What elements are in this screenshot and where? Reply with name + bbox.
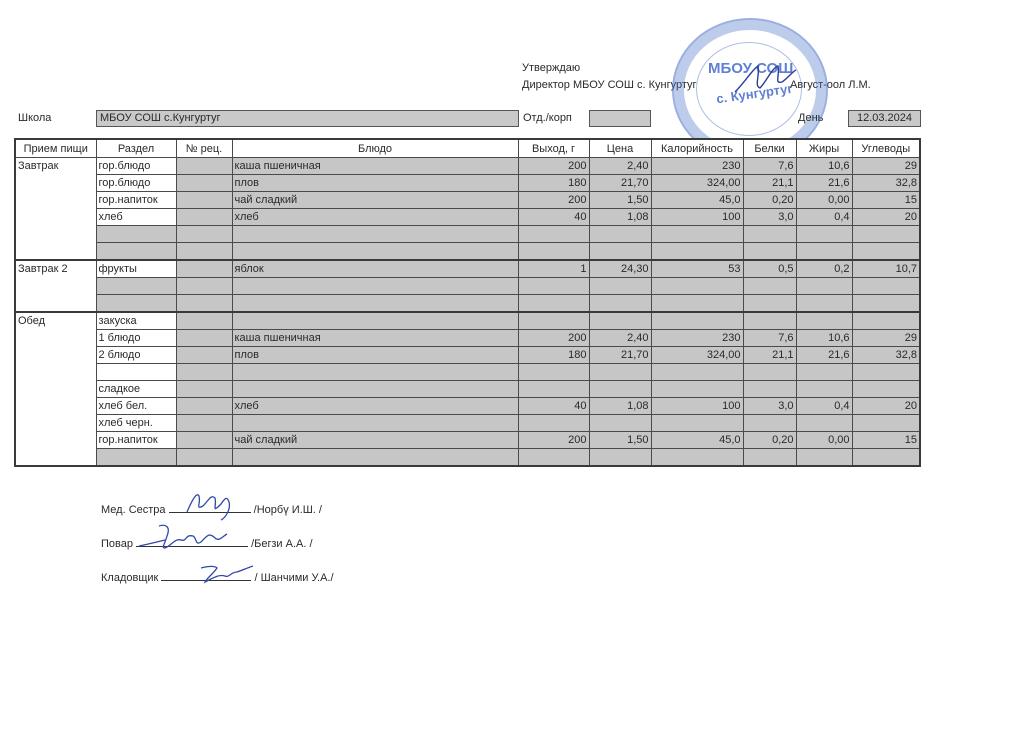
cell-rec[interactable] <box>176 312 232 330</box>
cell-dish[interactable]: чай сладкий <box>232 192 518 209</box>
cell-rec[interactable] <box>176 192 232 209</box>
cell-section[interactable] <box>96 295 176 313</box>
cook-signature-line <box>136 534 248 547</box>
cell-out[interactable] <box>518 226 589 243</box>
table-row: Обедзакуска <box>15 312 920 330</box>
cell-out[interactable]: 40 <box>518 209 589 226</box>
cell-rec[interactable] <box>176 260 232 278</box>
header-fat: Жиры <box>796 139 852 158</box>
cell-section[interactable]: гор.блюдо <box>96 158 176 175</box>
cell-meal: Завтрак 2 <box>15 260 96 312</box>
cell-fat[interactable] <box>796 312 852 330</box>
cell-rec[interactable] <box>176 415 232 432</box>
cell-kcal[interactable] <box>651 243 743 261</box>
cell-rec[interactable] <box>176 381 232 398</box>
cell-out[interactable] <box>518 381 589 398</box>
table-row: 1 блюдокаша пшеничная2002,402307,610,629 <box>15 330 920 347</box>
director-signature-icon <box>730 62 800 98</box>
storekeeper-signature-line <box>161 568 251 581</box>
cell-out[interactable]: 180 <box>518 347 589 364</box>
header-protein: Белки <box>743 139 796 158</box>
cell-dish[interactable] <box>232 243 518 261</box>
cell-price[interactable] <box>589 364 651 381</box>
cell-section[interactable]: закуска <box>96 312 176 330</box>
cell-fat[interactable]: 0,4 <box>796 209 852 226</box>
dept-field[interactable] <box>589 110 651 127</box>
header-meal: Прием пищи <box>15 139 96 158</box>
cell-section[interactable]: хлеб <box>96 209 176 226</box>
cell-price[interactable]: 21,70 <box>589 347 651 364</box>
school-field[interactable]: МБОУ СОШ с.Кунгуртуг <box>96 110 519 127</box>
cell-section[interactable]: хлеб бел. <box>96 398 176 415</box>
cell-fat[interactable] <box>796 449 852 467</box>
cell-out[interactable] <box>518 295 589 313</box>
table-row: сладкое <box>15 381 920 398</box>
cell-kcal[interactable] <box>651 381 743 398</box>
cell-fat[interactable] <box>796 364 852 381</box>
cell-kcal[interactable]: 100 <box>651 209 743 226</box>
cell-price[interactable] <box>589 243 651 261</box>
cell-prot[interactable] <box>743 278 796 295</box>
cell-prot[interactable] <box>743 295 796 313</box>
cell-section[interactable]: 1 блюдо <box>96 330 176 347</box>
cell-fat[interactable] <box>796 381 852 398</box>
cell-fat[interactable] <box>796 295 852 313</box>
cell-kcal[interactable]: 230 <box>651 330 743 347</box>
cell-dish[interactable]: чай сладкий <box>232 432 518 449</box>
cell-kcal[interactable]: 45,0 <box>651 432 743 449</box>
cell-price[interactable]: 2,40 <box>589 330 651 347</box>
cell-dish[interactable]: каша пшеничная <box>232 158 518 175</box>
cell-fat[interactable] <box>796 243 852 261</box>
cell-meal: Обед <box>15 312 96 466</box>
table-row: гор.напитокчай сладкий2001,5045,00,200,0… <box>15 192 920 209</box>
cell-out[interactable]: 200 <box>518 432 589 449</box>
cell-carb[interactable] <box>852 278 920 295</box>
cell-kcal[interactable] <box>651 278 743 295</box>
cell-rec[interactable] <box>176 330 232 347</box>
cell-kcal[interactable]: 324,00 <box>651 175 743 192</box>
director-name: Август-оол Л.М. <box>790 77 871 94</box>
cell-price[interactable]: 1,08 <box>589 209 651 226</box>
cell-carb[interactable] <box>852 312 920 330</box>
cell-fat[interactable]: 0,00 <box>796 192 852 209</box>
cell-fat[interactable] <box>796 278 852 295</box>
cell-carb[interactable]: 29 <box>852 158 920 175</box>
cell-price[interactable] <box>589 381 651 398</box>
cell-fat[interactable] <box>796 226 852 243</box>
cell-price[interactable] <box>589 226 651 243</box>
cell-rec[interactable] <box>176 158 232 175</box>
cell-kcal[interactable]: 53 <box>651 260 743 278</box>
cell-meal: Завтрак <box>15 158 96 261</box>
cell-prot[interactable] <box>743 312 796 330</box>
cell-price[interactable] <box>589 278 651 295</box>
cell-dish[interactable] <box>232 312 518 330</box>
cell-dish[interactable] <box>232 226 518 243</box>
cell-price[interactable] <box>589 295 651 313</box>
cell-dish[interactable]: каша пшеничная <box>232 330 518 347</box>
cell-fat[interactable]: 0,2 <box>796 260 852 278</box>
cell-out[interactable]: 200 <box>518 192 589 209</box>
cell-dish[interactable]: яблок <box>232 260 518 278</box>
table-row <box>15 364 920 381</box>
cell-fat[interactable]: 10,6 <box>796 158 852 175</box>
cell-price[interactable]: 1,08 <box>589 398 651 415</box>
header-calories: Калорийность <box>651 139 743 158</box>
table-row: хлеб бел.хлеб401,081003,00,420 <box>15 398 920 415</box>
cell-section[interactable] <box>96 364 176 381</box>
cell-carb[interactable] <box>852 415 920 432</box>
cell-prot[interactable]: 0,5 <box>743 260 796 278</box>
cell-section[interactable] <box>96 449 176 467</box>
cell-out[interactable]: 40 <box>518 398 589 415</box>
nurse-role: Мед. Сестра <box>101 504 166 516</box>
cell-section[interactable]: хлеб черн. <box>96 415 176 432</box>
cell-carb[interactable] <box>852 364 920 381</box>
table-row <box>15 243 920 261</box>
storekeeper-name: / Шанчими У.А./ <box>254 572 333 584</box>
cell-prot[interactable]: 3,0 <box>743 398 796 415</box>
signature-row-nurse: Мед. Сестра /Норбү И.Ш. / <box>101 500 334 534</box>
cell-kcal[interactable]: 324,00 <box>651 347 743 364</box>
header-carbs: Углеводы <box>852 139 920 158</box>
cell-dish[interactable]: хлеб <box>232 398 518 415</box>
header-recipe-no: № рец. <box>176 139 232 158</box>
cell-carb[interactable] <box>852 243 920 261</box>
cell-dish[interactable]: плов <box>232 175 518 192</box>
table-header-row: Прием пищиРаздел№ рец.БлюдоВыход, гЦенаК… <box>15 139 920 158</box>
cell-rec[interactable] <box>176 295 232 313</box>
table-row: хлеб черн. <box>15 415 920 432</box>
cook-role: Повар <box>101 538 133 550</box>
cell-section[interactable]: гор.напиток <box>96 192 176 209</box>
cell-kcal[interactable] <box>651 449 743 467</box>
cell-section[interactable] <box>96 278 176 295</box>
cell-prot[interactable]: 7,6 <box>743 158 796 175</box>
cell-fat[interactable]: 0,00 <box>796 432 852 449</box>
cell-section[interactable]: гор.напиток <box>96 432 176 449</box>
header-section: Раздел <box>96 139 176 158</box>
cell-out[interactable] <box>518 449 589 467</box>
signature-row-cook: Повар /Бегзи А.А. / <box>101 534 334 568</box>
table-row: хлебхлеб401,081003,00,420 <box>15 209 920 226</box>
cell-carb[interactable]: 15 <box>852 432 920 449</box>
cell-prot[interactable]: 7,6 <box>743 330 796 347</box>
cell-carb[interactable]: 10,7 <box>852 260 920 278</box>
cell-dish[interactable]: хлеб <box>232 209 518 226</box>
cell-kcal[interactable] <box>651 415 743 432</box>
cell-section[interactable] <box>96 243 176 261</box>
dept-label: Отд./корп <box>523 110 572 126</box>
cell-carb[interactable]: 29 <box>852 330 920 347</box>
cell-dish[interactable] <box>232 449 518 467</box>
cell-price[interactable] <box>589 415 651 432</box>
cell-rec[interactable] <box>176 364 232 381</box>
cell-section[interactable]: сладкое <box>96 381 176 398</box>
cell-carb[interactable] <box>852 226 920 243</box>
cell-prot[interactable] <box>743 449 796 467</box>
cell-kcal[interactable]: 45,0 <box>651 192 743 209</box>
table-row: Завтракгор.блюдокаша пшеничная2002,40230… <box>15 158 920 175</box>
cell-carb[interactable]: 15 <box>852 192 920 209</box>
cell-prot[interactable] <box>743 243 796 261</box>
cell-rec[interactable] <box>176 175 232 192</box>
cell-fat[interactable]: 21,6 <box>796 347 852 364</box>
cell-section[interactable]: фрукты <box>96 260 176 278</box>
cell-fat[interactable] <box>796 415 852 432</box>
cell-kcal[interactable]: 100 <box>651 398 743 415</box>
cell-prot[interactable] <box>743 381 796 398</box>
cell-section[interactable]: гор.блюдо <box>96 175 176 192</box>
cell-prot[interactable]: 21,1 <box>743 175 796 192</box>
cell-out[interactable] <box>518 278 589 295</box>
cell-prot[interactable] <box>743 415 796 432</box>
approval-block: Утверждаю Директор МБОУ СОШ с. Кунгуртуг… <box>522 60 697 94</box>
cell-kcal[interactable] <box>651 364 743 381</box>
nurse-name: /Норбү И.Ш. / <box>254 504 322 516</box>
table-row <box>15 295 920 313</box>
table-row <box>15 278 920 295</box>
cell-out[interactable] <box>518 364 589 381</box>
cell-rec[interactable] <box>176 432 232 449</box>
table-row <box>15 226 920 243</box>
cell-prot[interactable] <box>743 226 796 243</box>
nurse-signature-line <box>169 500 251 513</box>
cook-name: /Бегзи А.А. / <box>251 538 312 550</box>
approve-label: Утверждаю <box>522 60 697 77</box>
header-yield: Выход, г <box>518 139 589 158</box>
cell-section[interactable] <box>96 226 176 243</box>
cell-dish[interactable] <box>232 278 518 295</box>
storekeeper-role: Кладовщик <box>101 572 158 584</box>
cell-kcal[interactable]: 230 <box>651 158 743 175</box>
signature-block: Мед. Сестра /Норбү И.Ш. / Повар /Бегзи А… <box>101 500 334 602</box>
cell-dish[interactable] <box>232 295 518 313</box>
cell-price[interactable] <box>589 449 651 467</box>
cell-rec[interactable] <box>176 226 232 243</box>
table-body: Завтракгор.блюдокаша пшеничная2002,40230… <box>15 158 920 467</box>
cell-prot[interactable]: 3,0 <box>743 209 796 226</box>
table-row <box>15 449 920 467</box>
cell-kcal[interactable] <box>651 295 743 313</box>
cell-dish[interactable] <box>232 415 518 432</box>
cell-price[interactable]: 24,30 <box>589 260 651 278</box>
header-price: Цена <box>589 139 651 158</box>
cell-fat[interactable]: 10,6 <box>796 330 852 347</box>
cell-carb[interactable]: 32,8 <box>852 175 920 192</box>
cell-rec[interactable] <box>176 209 232 226</box>
table-row: 2 блюдоплов18021,70324,0021,121,632,8 <box>15 347 920 364</box>
cell-price[interactable] <box>589 312 651 330</box>
cell-price[interactable]: 21,70 <box>589 175 651 192</box>
cell-out[interactable]: 1 <box>518 260 589 278</box>
cell-fat[interactable]: 0,4 <box>796 398 852 415</box>
cell-dish[interactable] <box>232 381 518 398</box>
cell-carb[interactable]: 20 <box>852 398 920 415</box>
cell-rec[interactable] <box>176 243 232 261</box>
cell-out[interactable]: 200 <box>518 158 589 175</box>
cell-rec[interactable] <box>176 347 232 364</box>
cell-dish[interactable] <box>232 364 518 381</box>
table-row: гор.блюдоплов18021,70324,0021,121,632,8 <box>15 175 920 192</box>
cell-prot[interactable] <box>743 364 796 381</box>
menu-table: Прием пищиРаздел№ рец.БлюдоВыход, гЦенаК… <box>14 138 921 467</box>
cell-carb[interactable] <box>852 449 920 467</box>
school-label: Школа <box>18 110 51 126</box>
director-line: Директор МБОУ СОШ с. Кунгуртуг <box>522 77 697 94</box>
cell-price[interactable]: 2,40 <box>589 158 651 175</box>
cell-carb[interactable]: 32,8 <box>852 347 920 364</box>
header-dish: Блюдо <box>232 139 518 158</box>
cell-rec[interactable] <box>176 278 232 295</box>
day-label: День <box>798 110 823 126</box>
cell-carb[interactable] <box>852 295 920 313</box>
cell-price[interactable]: 1,50 <box>589 432 651 449</box>
cell-dish[interactable]: плов <box>232 347 518 364</box>
signature-row-storekeeper: Кладовщик / Шанчими У.А./ <box>101 568 334 602</box>
cell-out[interactable] <box>518 243 589 261</box>
table-row: Завтрак 2фруктыяблок124,30530,50,210,7 <box>15 260 920 278</box>
cell-carb[interactable] <box>852 381 920 398</box>
cell-rec[interactable] <box>176 449 232 467</box>
cell-prot[interactable]: 0,20 <box>743 192 796 209</box>
cell-out[interactable]: 180 <box>518 175 589 192</box>
cell-prot[interactable]: 0,20 <box>743 432 796 449</box>
cell-out[interactable] <box>518 312 589 330</box>
cell-out[interactable]: 200 <box>518 330 589 347</box>
cell-carb[interactable]: 20 <box>852 209 920 226</box>
cell-out[interactable] <box>518 415 589 432</box>
day-field[interactable]: 12.03.2024 <box>848 110 921 127</box>
cell-kcal[interactable] <box>651 226 743 243</box>
table-row: гор.напитокчай сладкий2001,5045,00,200,0… <box>15 432 920 449</box>
cell-rec[interactable] <box>176 398 232 415</box>
cell-price[interactable]: 1,50 <box>589 192 651 209</box>
cell-prot[interactable]: 21,1 <box>743 347 796 364</box>
cell-kcal[interactable] <box>651 312 743 330</box>
cell-fat[interactable]: 21,6 <box>796 175 852 192</box>
cell-section[interactable]: 2 блюдо <box>96 347 176 364</box>
